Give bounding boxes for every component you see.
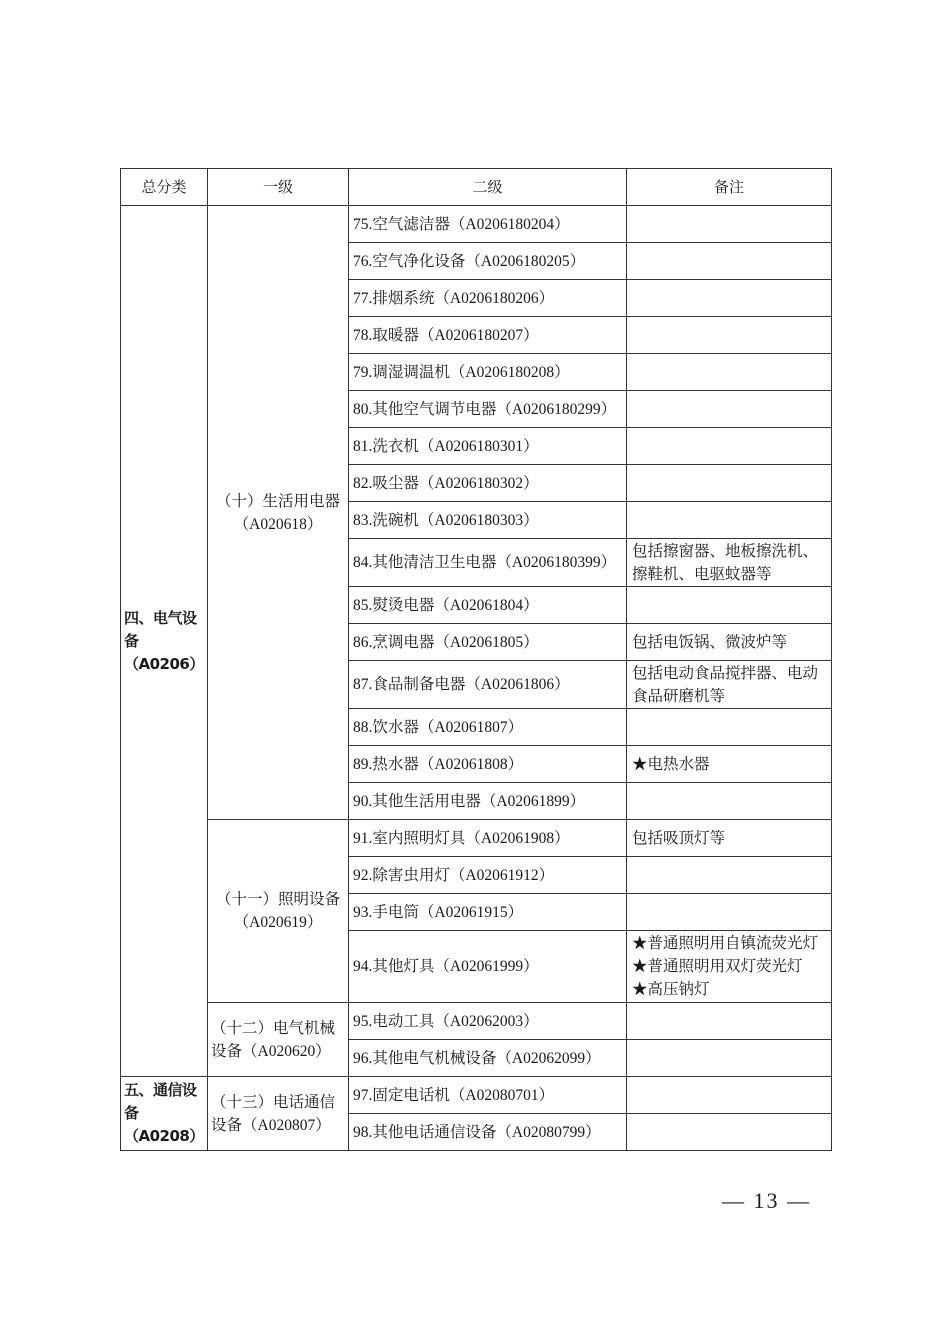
header-level1: 一级 xyxy=(208,169,349,206)
category-label-line: 备（A0208） xyxy=(124,1102,204,1148)
notes-cell: 包括擦窗器、地板擦洗机、擦鞋机、电驱蚊器等 xyxy=(627,539,832,587)
table-header-row: 总分类 一级 二级 备注 xyxy=(121,169,832,206)
note-line: 擦鞋机、电驱蚊器等 xyxy=(632,563,827,586)
notes-cell xyxy=(627,1114,832,1151)
header-notes: 备注 xyxy=(627,169,832,206)
table-row: 五、通信设备（A0208）（十三）电话通信设备（A020807）97.固定电话机… xyxy=(121,1077,832,1114)
level1-cell: （十）生活用电器（A020618） xyxy=(208,206,349,820)
level2-cell: 82.吸尘器（A0206180302） xyxy=(349,465,627,502)
level2-cell: 84.其他清洁卫生电器（A0206180399） xyxy=(349,539,627,587)
notes-cell xyxy=(627,1040,832,1077)
notes-cell: ★普通照明用自镇流荧光灯★普通照明用双灯荧光灯★高压钠灯 xyxy=(627,931,832,1003)
notes-cell xyxy=(627,465,832,502)
level2-cell: 85.熨烫电器（A02061804） xyxy=(349,587,627,624)
notes-cell xyxy=(627,391,832,428)
page-number: — 13 — xyxy=(722,1188,811,1214)
level1-label-line: （十三）电话通信 xyxy=(211,1091,345,1114)
table-row: 四、电气设备（A0206）（十）生活用电器（A020618）75.空气滤洁器（A… xyxy=(121,206,832,243)
table-row: （十二）电气机械设备（A020620）95.电动工具（A02062003） xyxy=(121,1003,832,1040)
notes-cell xyxy=(627,428,832,465)
level1-label-line: （十一）照明设备 xyxy=(211,888,345,911)
level1-cell: （十一）照明设备（A020619） xyxy=(208,820,349,1003)
level2-cell: 78.取暖器（A0206180207） xyxy=(349,317,627,354)
level2-cell: 93.手电筒（A02061915） xyxy=(349,894,627,931)
notes-cell xyxy=(627,317,832,354)
level2-cell: 88.饮水器（A02061807） xyxy=(349,709,627,746)
category-cell: 五、通信设备（A0208） xyxy=(121,1077,208,1151)
level1-cell: （十三）电话通信设备（A020807） xyxy=(208,1077,349,1151)
level1-label-line: （A020618） xyxy=(211,513,345,536)
note-line: 包括擦窗器、地板擦洗机、 xyxy=(632,540,827,563)
notes-cell xyxy=(627,1003,832,1040)
level2-cell: 98.其他电话通信设备（A02080799） xyxy=(349,1114,627,1151)
note-line: ★电热水器 xyxy=(632,753,827,776)
header-category: 总分类 xyxy=(121,169,208,206)
notes-cell xyxy=(627,502,832,539)
notes-cell xyxy=(627,1077,832,1114)
note-line: 食品研磨机等 xyxy=(632,685,827,708)
level2-cell: 94.其他灯具（A02061999） xyxy=(349,931,627,1003)
level2-cell: 95.电动工具（A02062003） xyxy=(349,1003,627,1040)
level2-cell: 83.洗碗机（A0206180303） xyxy=(349,502,627,539)
notes-cell: 包括电动食品搅拌器、电动食品研磨机等 xyxy=(627,661,832,709)
notes-cell: ★电热水器 xyxy=(627,746,832,783)
level2-cell: 77.排烟系统（A0206180206） xyxy=(349,280,627,317)
note-line: 包括吸顶灯等 xyxy=(632,827,827,850)
level2-cell: 89.热水器（A02061808） xyxy=(349,746,627,783)
notes-cell xyxy=(627,857,832,894)
notes-cell xyxy=(627,783,832,820)
category-label-line: 四、电气设 xyxy=(124,607,204,630)
level2-cell: 81.洗衣机（A0206180301） xyxy=(349,428,627,465)
level2-cell: 97.固定电话机（A02080701） xyxy=(349,1077,627,1114)
level2-cell: 86.烹调电器（A02061805） xyxy=(349,624,627,661)
level1-label-line: （A020619） xyxy=(211,911,345,934)
notes-cell xyxy=(627,280,832,317)
level2-cell: 96.其他电气机械设备（A02062099） xyxy=(349,1040,627,1077)
level2-cell: 76.空气净化设备（A0206180205） xyxy=(349,243,627,280)
header-level2: 二级 xyxy=(349,169,627,206)
notes-cell xyxy=(627,354,832,391)
note-line: ★普通照明用双灯荧光灯 xyxy=(632,955,827,978)
level2-cell: 87.食品制备电器（A02061806） xyxy=(349,661,627,709)
category-label-line: 备（A0206） xyxy=(124,630,204,676)
table-body: 四、电气设备（A0206）（十）生活用电器（A020618）75.空气滤洁器（A… xyxy=(121,206,832,1151)
notes-cell: 包括吸顶灯等 xyxy=(627,820,832,857)
note-line: 包括电动食品搅拌器、电动 xyxy=(632,662,827,685)
note-line: ★普通照明用自镇流荧光灯 xyxy=(632,932,827,955)
notes-cell xyxy=(627,894,832,931)
notes-cell xyxy=(627,206,832,243)
category-cell: 四、电气设备（A0206） xyxy=(121,206,208,1077)
note-line: 包括电饭锅、微波炉等 xyxy=(632,631,827,654)
notes-cell xyxy=(627,709,832,746)
table-row: （十一）照明设备（A020619）91.室内照明灯具（A02061908）包括吸… xyxy=(121,820,832,857)
level1-label-line: 设备（A020620） xyxy=(211,1040,345,1063)
notes-cell: 包括电饭锅、微波炉等 xyxy=(627,624,832,661)
equipment-classification-table: 总分类 一级 二级 备注 四、电气设备（A0206）（十）生活用电器（A0206… xyxy=(120,168,832,1151)
category-label-line: 五、通信设 xyxy=(124,1079,204,1102)
level2-cell: 80.其他空气调节电器（A0206180299） xyxy=(349,391,627,428)
notes-cell xyxy=(627,587,832,624)
note-line: ★高压钠灯 xyxy=(632,978,827,1001)
level1-label-line: （十）生活用电器 xyxy=(211,490,345,513)
level2-cell: 75.空气滤洁器（A0206180204） xyxy=(349,206,627,243)
level1-cell: （十二）电气机械设备（A020620） xyxy=(208,1003,349,1077)
level2-cell: 91.室内照明灯具（A02061908） xyxy=(349,820,627,857)
level2-cell: 79.调湿调温机（A0206180208） xyxy=(349,354,627,391)
level1-label-line: 设备（A020807） xyxy=(211,1114,345,1137)
level2-cell: 90.其他生活用电器（A02061899） xyxy=(349,783,627,820)
notes-cell xyxy=(627,243,832,280)
level2-cell: 92.除害虫用灯（A02061912） xyxy=(349,857,627,894)
level1-label-line: （十二）电气机械 xyxy=(211,1017,345,1040)
